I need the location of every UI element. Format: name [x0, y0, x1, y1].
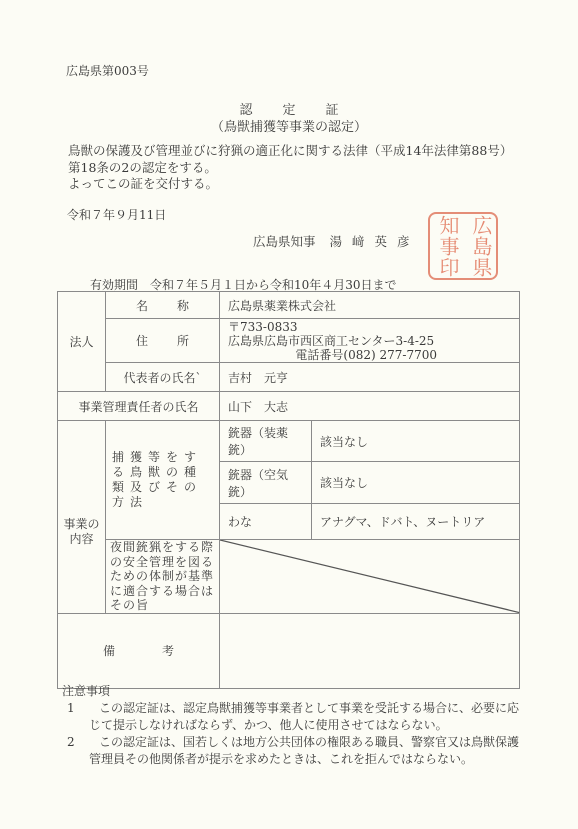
seal-char: 県 [463, 257, 496, 278]
table-row: 法人 名 称 広島県薬業株式会社 [58, 292, 520, 319]
remarks-label: 備 考 [58, 613, 220, 688]
official-seal-icon: 広 島 県 知 事 印 [428, 212, 498, 280]
species-value: アナグマ、ドバト、ヌートリア [312, 504, 520, 540]
notes-section: 注意事項 1 この認定証は、認定鳥獣捕獲等事業者として事業を受託する場合に、必要… [67, 683, 527, 768]
issuer-name-char: 湯 [330, 234, 343, 249]
issuer-title: 広島県知事 [253, 234, 316, 249]
issue-date: 令和７年９月11日 [67, 206, 166, 223]
issuer-name-char: 﨑 [352, 234, 365, 249]
phone-number: 電話番号(082) 277-7700 [228, 348, 511, 362]
remarks-value [220, 613, 520, 688]
species-value: 該当なし [312, 421, 520, 462]
representative-label: 代表者の氏名` [106, 363, 220, 392]
night-shooting-label: 夜間銃猟をする際の安全管理を図るための体制が基準に適合する場合はその旨 [106, 540, 220, 614]
table-row: 夜間銃猟をする際の安全管理を図るための体制が基準に適合する場合はその旨 [58, 540, 520, 614]
method-name: 銃器（空気銃） [220, 462, 312, 504]
issuer-name-char: 彦 [397, 234, 410, 249]
note-text: この認定証は、国若しくは地方公共団体の権限ある職員、警察官又は鳥獣保護管理員その… [89, 734, 527, 768]
manager-name: 山下 大志 [220, 392, 520, 421]
manager-label: 事業管理責任者の氏名 [58, 392, 220, 421]
certification-statement: 鳥獣の保護及び管理並びに狩猟の適正化に関する法律（平成14年法律第88号）第18… [57, 143, 517, 193]
seal-char: 島 [463, 235, 496, 256]
seal-char: 広 [463, 214, 496, 235]
method-label: 捕獲等をする鳥獣の種類及びその方法 [106, 421, 220, 540]
certificate-table: 法人 名 称 広島県薬業株式会社 住 所 〒733-0833 広島県広島市西区商… [57, 291, 520, 689]
table-row: 事業管理責任者の氏名 山下 大志 [58, 392, 520, 421]
note-number: 2 [67, 734, 75, 751]
document-subtitle: （鳥獣捕獲等事業の認定） [0, 116, 578, 135]
not-applicable-diagonal-icon [220, 540, 519, 613]
species-value: 該当なし [312, 462, 520, 504]
issuer-name-char: 英 [375, 234, 388, 249]
issuer: 広島県知事 湯﨑英彦 [253, 232, 410, 250]
postal-code: 〒733-0833 [228, 320, 511, 334]
address-label: 住 所 [106, 319, 220, 363]
seal-char: 知 [430, 214, 463, 235]
issuer-name: 湯﨑英彦 [320, 234, 410, 249]
corporation-name: 広島県薬業株式会社 [220, 292, 520, 319]
address-cell: 〒733-0833 広島県広島市西区商工センター3-4-25 電話番号(082)… [220, 319, 520, 363]
method-name: わな [220, 504, 312, 540]
statement-line-2: よってこの証を交付する。 [57, 176, 517, 193]
method-name: 銃器（装薬銃） [220, 421, 312, 462]
corporation-label: 法人 [58, 292, 106, 392]
statement-line-1: 鳥獣の保護及び管理並びに狩猟の適正化に関する法律（平成14年法律第88号）第18… [57, 143, 517, 176]
table-row: 事業の内容 捕獲等をする鳥獣の種類及びその方法 銃器（装薬銃） 該当なし [58, 421, 520, 462]
night-shooting-value [220, 540, 520, 614]
representative-name: 吉村 元亨 [220, 363, 520, 392]
notes-title: 注意事項 [62, 683, 527, 700]
name-label: 名 称 [106, 292, 220, 319]
seal-char: 事 [430, 235, 463, 256]
seal-char: 印 [430, 257, 463, 278]
note-text: この認定証は、認定鳥獣捕獲等事業者として事業を受託する場合に、必要に応じて提示し… [89, 700, 527, 734]
business-content-label: 事業の内容 [58, 421, 106, 614]
note-item: 1 この認定証は、認定鳥獣捕獲等事業者として事業を受託する場合に、必要に応じて提… [67, 700, 527, 734]
table-row: 備 考 [58, 613, 520, 688]
table-row: 代表者の氏名` 吉村 元亨 [58, 363, 520, 392]
table-row: 住 所 〒733-0833 広島県広島市西区商工センター3-4-25 電話番号(… [58, 319, 520, 363]
note-number: 1 [67, 700, 75, 717]
street-address: 広島県広島市西区商工センター3-4-25 [228, 334, 511, 348]
note-item: 2 この認定証は、国若しくは地方公共団体の権限ある職員、警察官又は鳥獣保護管理員… [67, 734, 527, 768]
document-number: 広島県第003号 [66, 62, 149, 79]
